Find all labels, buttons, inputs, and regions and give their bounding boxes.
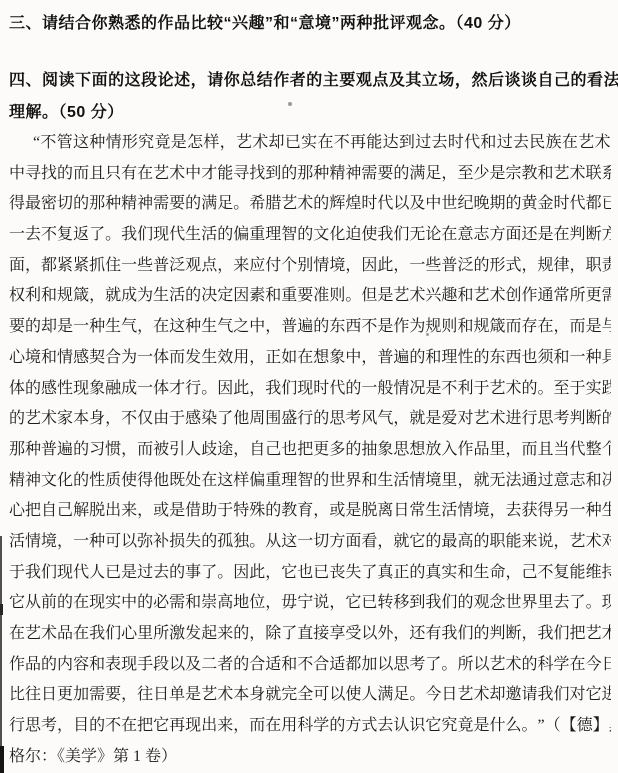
- question-three-heading: 三、请结合你熟悉的作品比较“兴趣”和“意境”两种批评观念。（40 分）: [9, 12, 611, 36]
- passage-line: 精神文化的性质使得他既处在这样偏重理智的世界和生活情境里，就无法通过意志和决: [9, 466, 611, 497]
- passage-line: 作品的内容和表现手段以及二者的合适和不合适都加以思考了。所以艺术的科学在今日: [9, 650, 611, 681]
- passage-line: 比往日更加需要，往日单是艺术本身就完全可以使人满足。今日艺术却邀请我们对它进: [9, 680, 611, 711]
- scan-speck-artifact: [288, 102, 292, 106]
- passage-line: 心境和情感契合为一体而发生效用，正如在想象中，普遍的和理性的东西也须和一种具: [9, 343, 611, 374]
- scanned-exam-page: 三、请结合你熟悉的作品比较“兴趣”和“意境”两种批评观念。（40 分） 四、阅读…: [0, 0, 618, 773]
- passage-line: 心把自己解脱出来，或是借助于特殊的教育，或是脱离日常生活情境，去获得另一种生: [9, 496, 611, 527]
- scan-edge-artifact: [0, 604, 3, 615]
- passage-line: 体的感性现象融成一体才行。因此，我们现时代的一般情况是不利于艺术的。至于实践: [9, 374, 611, 405]
- passage-line: 在艺术品在我们心里所激发起来的，除了直接享受以外，还有我们的判断，我们把艺术: [9, 619, 611, 650]
- passage-line: 行思考，目的不在把它再现出来，而在用科学的方式去认识它究竟是什么。”（【德】黑: [9, 711, 611, 742]
- hegel-passage: “不管这种情形究竟是怎样，艺术却已实在不再能达到过去时代和过去民族在艺术 中寻找…: [9, 128, 611, 772]
- passage-line: 于我们现代人已是过去的事了。因此，它也已丧失了真正的真实和生命，己不复能维持: [9, 558, 611, 589]
- question-four-heading-line1: 四、阅读下面的这段论述，请你总结作者的主要观点及其立场，然后谈谈自己的看法或: [9, 64, 611, 98]
- scan-edge-artifact: [0, 746, 4, 773]
- passage-line: 的艺术家本身，不仅由于感染了他周围盛行的思考风气，就是爱对艺术进行思考判断的: [9, 404, 611, 435]
- passage-line: 活情境，一种可以弥补损失的孤独。从这一切方面看，就它的最高的职能来说，艺术对: [9, 527, 611, 558]
- passage-line: 它从前的在现实中的必需和崇高地位，毋宁说，它已转移到我们的观念世界里去了。现: [9, 588, 611, 619]
- scan-edge-artifact: [0, 536, 2, 748]
- scan-speck-artifact: [426, 333, 429, 336]
- passage-line: 一去不复返了。我们现代生活的偏重理智的文化迫使我们无论在意志方面还是在判断方: [9, 220, 611, 251]
- passage-line: 那种普遍的习惯，而被引人歧途，自己也把更多的抽象思想放入作品里，而且当代整个: [9, 435, 611, 466]
- passage-line: 得最密切的那种精神需要的满足。希腊艺术的辉煌时代以及中世纪晚期的黄金时代都已: [9, 189, 611, 220]
- passage-line: “不管这种情形究竟是怎样，艺术却已实在不再能达到过去时代和过去民族在艺术: [9, 128, 611, 159]
- passage-line: 权利和规箴，就成为生活的决定因素和重要准则。但是艺术兴趣和艺术创作通常所更需: [9, 281, 611, 312]
- passage-line: 中寻找的而且只有在艺术中才能寻找到的那种精神需要的满足，至少是宗教和艺术联系: [9, 159, 611, 190]
- question-four-heading-line2: 理解。（50 分）: [9, 98, 611, 128]
- passage-citation-line: 格尔：《美学》第 1 卷）: [9, 742, 611, 773]
- passage-line: 要的却是一种生气，在这种生气之中，普遍的东西不是作为规则和规箴而存在，而是与: [9, 312, 611, 343]
- passage-line: 面，都紧紧抓住一些普泛观点，来应付个别情境，因此，一些普泛的形式，规律，职责，: [9, 251, 611, 282]
